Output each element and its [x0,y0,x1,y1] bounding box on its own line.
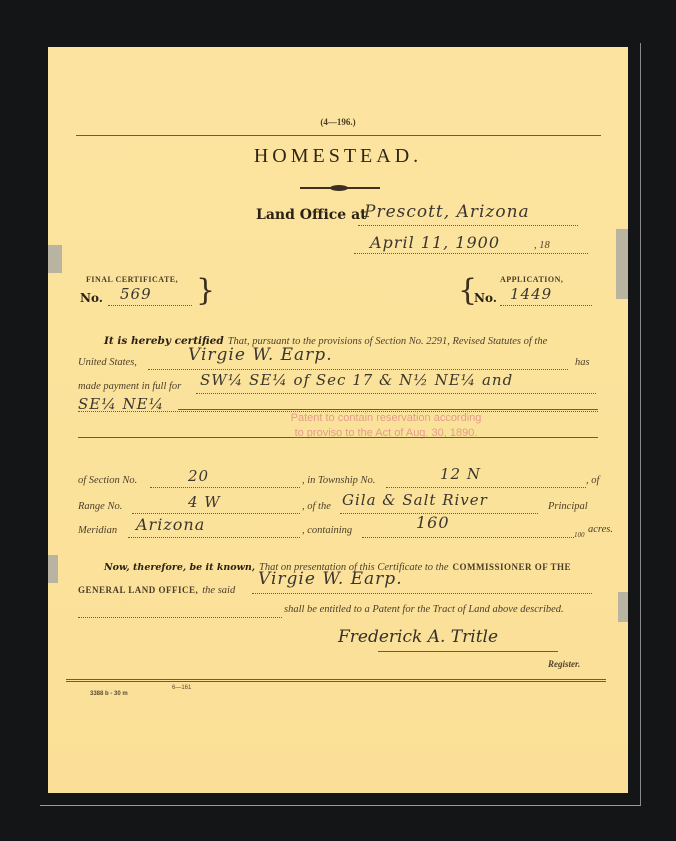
application-no-label: No. [474,291,497,305]
date-suffix: , 18 [534,240,550,251]
of-label: , of [586,475,599,486]
application-number: 1449 [510,285,552,303]
land-office-label: Land Office at [256,207,367,223]
register-signature: Frederick A. Tritle [338,627,498,647]
paper-damage-left-2 [48,555,58,583]
meridian-label: Meridian [78,525,117,536]
land-office-location: Prescott, Arizona [364,202,530,222]
containing-label: , containing [302,525,352,536]
meridian-name: Gila & Salt River [342,491,488,509]
range-number: 4 W [188,493,221,511]
township-line [386,487,586,488]
notice-claimant: Virgie W. Earp. [258,569,403,589]
range-line [132,513,300,514]
application-label: APPLICATION, [500,275,563,284]
form-number: (4—196.) [48,117,628,127]
hundredths-label: 100 [574,531,585,539]
principal-label: Principal [548,501,588,512]
notice-lead: Now, therefore, be it known, [104,562,255,573]
notice-closing: shall be entitled to a Patent for the Tr… [284,604,564,615]
signature-line [378,651,558,652]
final-certificate-label: FINAL CERTIFICATE, [86,275,178,284]
paper-damage-right-2 [618,592,628,622]
meridian-value: Arizona [136,515,205,534]
range-label: Range No. [78,501,122,512]
stamp-line-2: to proviso to the Act of Aug. 30, 1890. [256,426,516,441]
tract-strike-line-2 [78,437,598,438]
application-line [500,305,592,306]
top-rule [76,135,601,136]
commissioner-label: COMMISSIONER OF THE [453,562,572,572]
acres-label: acres. [588,524,613,535]
final-certificate-line [108,305,192,306]
notice-blank-line [78,617,282,618]
claimant-line [148,369,568,370]
acres-line [362,537,574,538]
homestead-certificate: (4—196.) HOMESTEAD. Land Office at Presc… [48,47,628,793]
final-certificate-no-label: No. [80,291,103,305]
document-title: HOMESTEAD. [48,145,628,168]
tract-strike-line-1 [178,409,598,410]
ornamental-divider [300,187,380,189]
has-label: has [575,357,590,368]
tract-description-1: SW¼ SE¼ of Sec 17 & N½ NE¼ and [200,371,513,389]
print-code: 3388 b - 30 m [90,691,128,697]
acres-value: 160 [416,513,450,532]
glo-label: GENERAL LAND OFFICE, [78,585,198,595]
paper-damage-left [48,245,62,273]
township-number: 12 N [440,465,481,483]
tract-line-1 [196,393,596,394]
payment-label: made payment in full for [78,381,181,392]
paper-damage-right [616,229,628,299]
certificate-date: April 11, 1900 [370,233,500,252]
notice-line-2: GENERAL LAND OFFICE, the said [78,580,235,598]
date-line [354,253,588,254]
section-line [150,487,300,488]
register-title: Register. [548,659,580,669]
section-number: 20 [188,467,209,485]
section-label: of Section No. [78,475,137,486]
claimant-name: Virgie W. Earp. [188,345,333,365]
meridian-line [128,537,300,538]
right-brace: } [196,273,215,308]
stamp-line-1: Patent to contain reservation according [256,411,516,426]
small-code: 6—161 [172,685,191,691]
the-said-label: the said [202,585,235,596]
united-states-label: United States, [78,357,137,368]
land-office-line [358,225,578,226]
notice-claimant-line [252,593,592,594]
final-certificate-number: 569 [120,285,152,303]
township-label: , in Township No. [302,475,375,486]
of-the-label: , of the [302,501,331,512]
bottom-rule [66,679,606,682]
